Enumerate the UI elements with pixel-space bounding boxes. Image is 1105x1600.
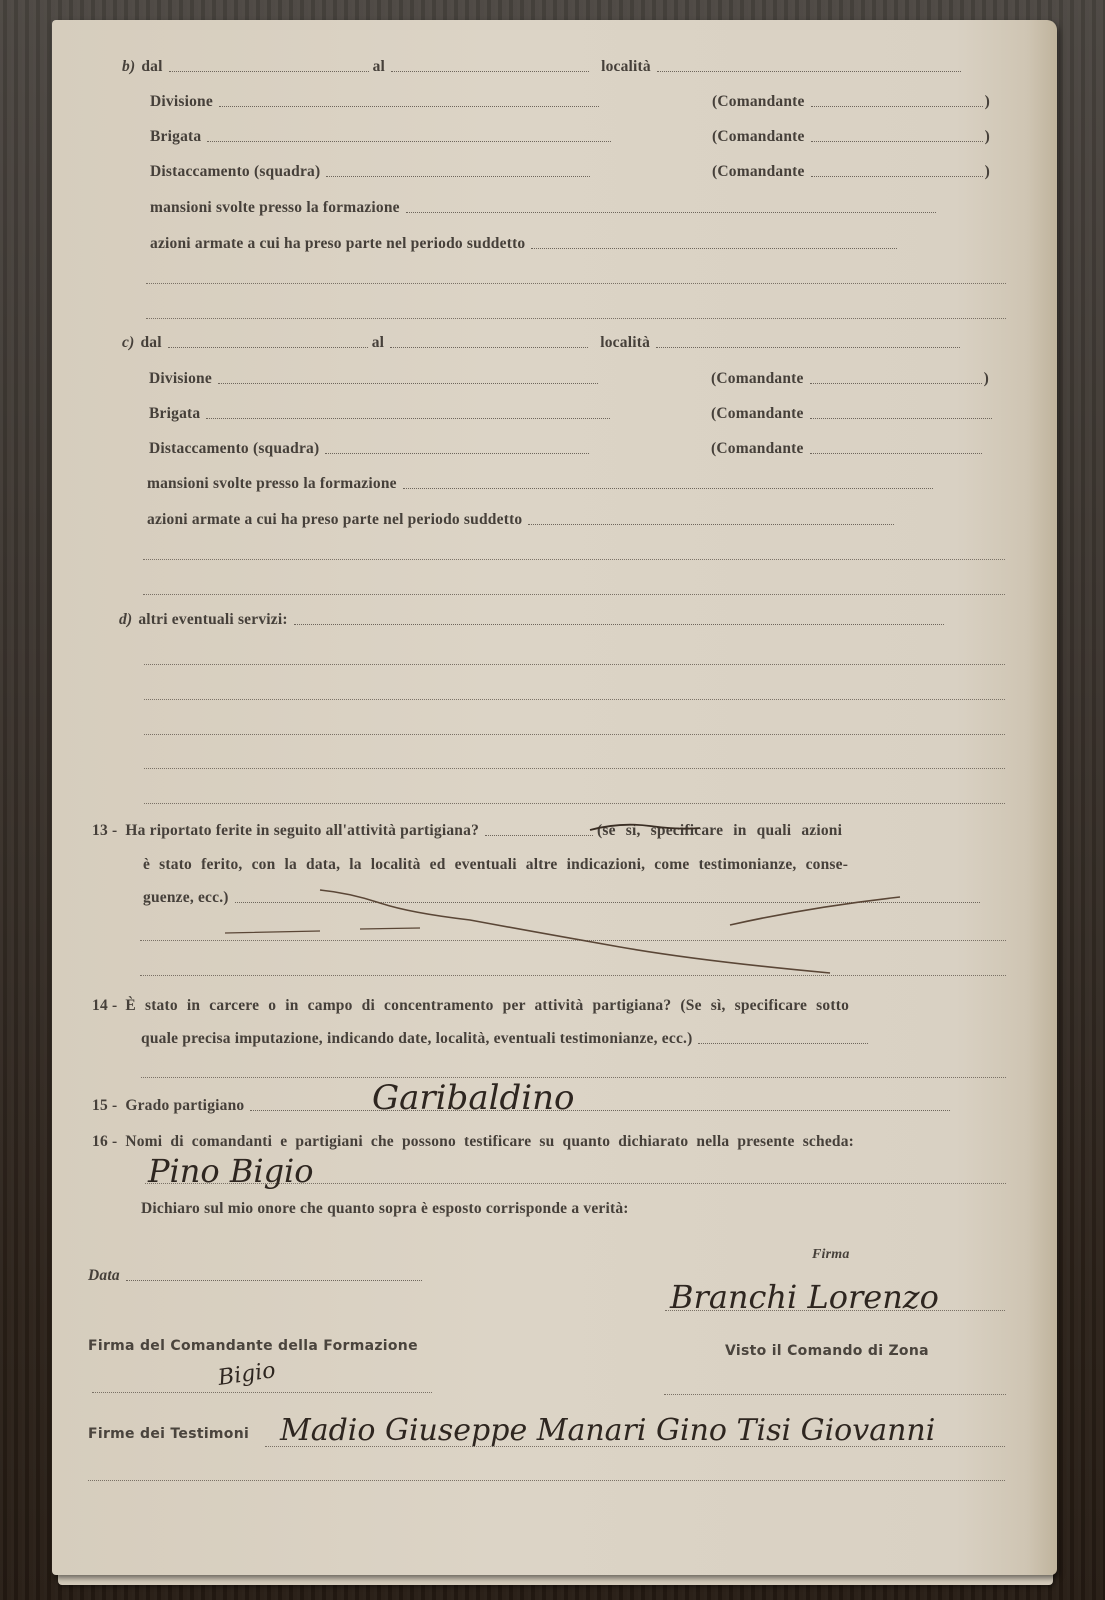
section-b-mansioni-row: mansioni svolte presso la formazione — [150, 199, 940, 217]
testimoni-extra-line[interactable] — [88, 1480, 1005, 1481]
brigata-comandante-field[interactable] — [810, 418, 992, 419]
q16-number: 16 - — [92, 1133, 117, 1151]
declaration-row: Dichiaro sul mio onore che quanto sopra … — [141, 1200, 629, 1218]
divisione-field[interactable] — [218, 383, 598, 384]
mansioni-label: mansioni svolte presso la formazione — [150, 199, 400, 217]
al-field[interactable] — [391, 71, 589, 72]
section-c-brigata-row: Brigata — [149, 405, 614, 423]
dal-field[interactable] — [169, 71, 369, 72]
section-b-brigata-row: Brigata — [150, 128, 615, 146]
close-paren: ) — [985, 128, 990, 146]
section-c-distaccamento-row: Distaccamento (squadra) — [149, 440, 593, 458]
distaccamento-label: Distaccamento (squadra) — [149, 440, 319, 458]
comandante-label: (Comandante — [712, 128, 805, 146]
altri-servizi-label: altri eventuali servizi: — [138, 611, 287, 629]
comandante-row: Firma del Comandante della Formazione — [88, 1338, 418, 1354]
declaration-text: Dichiaro sul mio onore che quanto sopra … — [141, 1200, 629, 1218]
section-c-divisione-comandante: (Comandante ) — [711, 370, 989, 388]
section-c-azioni-row: azioni armate a cui ha preso parte nel p… — [147, 511, 898, 529]
q16-row: 16 - Nomi di comandanti e partigiani che… — [92, 1133, 854, 1151]
section-b-extra-line-1[interactable] — [146, 283, 1006, 284]
q14-answer-field[interactable] — [698, 1043, 868, 1044]
section-d-line-1[interactable] — [144, 664, 1005, 665]
close-paren: ) — [984, 370, 989, 388]
q14-question-line2: quale precisa imputazione, indicando dat… — [141, 1030, 692, 1048]
divisione-label: Divisione — [150, 93, 213, 111]
comando-zona-label: Visto il Comando di Zona — [725, 1343, 929, 1359]
testimoni-label: Firme dei Testimoni — [88, 1426, 249, 1442]
q13-row-1: 13 - Ha riportato ferite in seguito all'… — [92, 822, 842, 840]
dal-label: dal — [141, 58, 162, 76]
brigata-label: Brigata — [150, 128, 201, 146]
testimoni-signatures: Madio Giuseppe Manari Gino Tisi Giovanni — [280, 1413, 935, 1448]
localita-label: località — [600, 334, 650, 352]
divisione-comandante-field[interactable] — [810, 383, 982, 384]
brigata-field[interactable] — [207, 141, 611, 142]
section-d-marker: d) — [119, 611, 132, 629]
section-b-dates-row: b) dal al località — [122, 58, 965, 76]
distaccamento-comandante-field[interactable] — [810, 453, 982, 454]
localita-field[interactable] — [657, 71, 961, 72]
comandante-signature-field[interactable] — [92, 1392, 432, 1393]
q14-row-1: 14 - È stato in carcere o in campo di co… — [92, 997, 849, 1015]
q15-answer-field[interactable] — [250, 1110, 950, 1111]
azioni-field[interactable] — [528, 524, 894, 525]
q15-number: 15 - — [92, 1097, 117, 1115]
section-b-divisione-row: Divisione — [150, 93, 603, 111]
altri-servizi-field[interactable] — [294, 624, 944, 625]
section-b-azioni-row: azioni armate a cui ha preso parte nel p… — [150, 235, 901, 253]
mansioni-field[interactable] — [403, 488, 933, 489]
comandante-label: (Comandante — [711, 440, 804, 458]
dal-field[interactable] — [168, 347, 368, 348]
q13-crossout-stroke — [210, 885, 910, 980]
section-b-extra-line-2[interactable] — [146, 318, 1006, 319]
distaccamento-field[interactable] — [325, 453, 589, 454]
comando-zona-signature-field[interactable] — [664, 1394, 1006, 1395]
q15-handwritten-answer: Garibaldino — [372, 1078, 574, 1118]
q16-handwritten-answer: Pino Bigio — [148, 1152, 314, 1190]
q14-question: È stato in carcere o in campo di concent… — [125, 997, 849, 1015]
q13-question: Ha riportato ferite in seguito all'attiv… — [125, 822, 479, 840]
comandante-label: (Comandante — [712, 163, 805, 181]
section-c-extra-line-1[interactable] — [143, 559, 1005, 560]
brigata-label: Brigata — [149, 405, 200, 423]
firma-label: Firma — [812, 1247, 850, 1263]
comandante-label: (Comandante — [712, 93, 805, 111]
azioni-label: azioni armate a cui ha preso parte nel p… — [150, 235, 525, 253]
section-c-distaccamento-comandante: (Comandante — [711, 440, 986, 458]
q14-number: 14 - — [92, 997, 117, 1015]
comandante-label: (Comandante — [711, 370, 804, 388]
al-field[interactable] — [390, 347, 588, 348]
section-b-distaccamento-row: Distaccamento (squadra) — [150, 163, 594, 181]
zona-row: Visto il Comando di Zona — [725, 1343, 929, 1359]
section-b-marker: b) — [122, 58, 135, 76]
firma-signature: Branchi Lorenzo — [670, 1278, 939, 1316]
comandante-label: (Comandante — [711, 405, 804, 423]
mansioni-field[interactable] — [406, 212, 936, 213]
localita-field[interactable] — [656, 347, 960, 348]
al-label: al — [373, 58, 385, 76]
section-c-brigata-comandante: (Comandante — [711, 405, 996, 423]
close-paren: ) — [985, 163, 990, 181]
data-label: Data — [88, 1267, 120, 1285]
q15-label: Grado partigiano — [125, 1097, 244, 1115]
section-d-row: d) altri eventuali servizi: — [119, 611, 948, 629]
data-field[interactable] — [126, 1280, 422, 1281]
q13-row-2: è stato ferito, con la data, la località… — [143, 856, 848, 874]
azioni-label: azioni armate a cui ha preso parte nel p… — [147, 511, 522, 529]
section-d-line-5[interactable] — [144, 803, 1005, 804]
al-label: al — [372, 334, 384, 352]
q13-number: 13 - — [92, 822, 117, 840]
q13-answer-field[interactable] — [485, 835, 593, 836]
brigata-field[interactable] — [206, 418, 610, 419]
section-b-brigata-comandante: (Comandante ) — [712, 128, 990, 146]
section-b-divisione-comandante: (Comandante ) — [712, 93, 990, 111]
distaccamento-field[interactable] — [326, 176, 590, 177]
section-d-line-4[interactable] — [144, 768, 1005, 769]
close-paren: ) — [985, 93, 990, 111]
mansioni-label: mansioni svolte presso la formazione — [147, 475, 397, 493]
q13-question-line2: è stato ferito, con la data, la località… — [143, 856, 848, 874]
distaccamento-comandante-field[interactable] — [811, 176, 983, 177]
brigata-comandante-field[interactable] — [811, 141, 983, 142]
data-row: Data — [88, 1267, 426, 1285]
distaccamento-label: Distaccamento (squadra) — [150, 163, 320, 181]
localita-label: località — [601, 58, 651, 76]
firma-row: Firma — [812, 1247, 850, 1263]
azioni-field[interactable] — [531, 248, 897, 249]
divisione-field[interactable] — [219, 106, 599, 107]
section-c-mansioni-row: mansioni svolte presso la formazione — [147, 475, 937, 493]
section-c-dates-row: c) dal al località — [122, 334, 964, 352]
section-d-line-2[interactable] — [144, 699, 1005, 700]
q16-label: Nomi di comandanti e partigiani che poss… — [125, 1133, 854, 1151]
divisione-label: Divisione — [149, 370, 212, 388]
dal-label: dal — [140, 334, 161, 352]
divisione-comandante-field[interactable] — [811, 106, 983, 107]
comandante-formazione-label: Firma del Comandante della Formazione — [88, 1338, 418, 1354]
q14-row-2: quale precisa imputazione, indicando dat… — [141, 1030, 872, 1048]
section-c-extra-line-2[interactable] — [143, 594, 1005, 595]
section-c-marker: c) — [122, 334, 134, 352]
testimoni-row: Firme dei Testimoni — [88, 1426, 249, 1442]
section-b-distaccamento-comandante: (Comandante ) — [712, 163, 990, 181]
q13-strike-stroke — [580, 818, 710, 838]
section-c-divisione-row: Divisione — [149, 370, 602, 388]
section-d-line-3[interactable] — [144, 734, 1005, 735]
